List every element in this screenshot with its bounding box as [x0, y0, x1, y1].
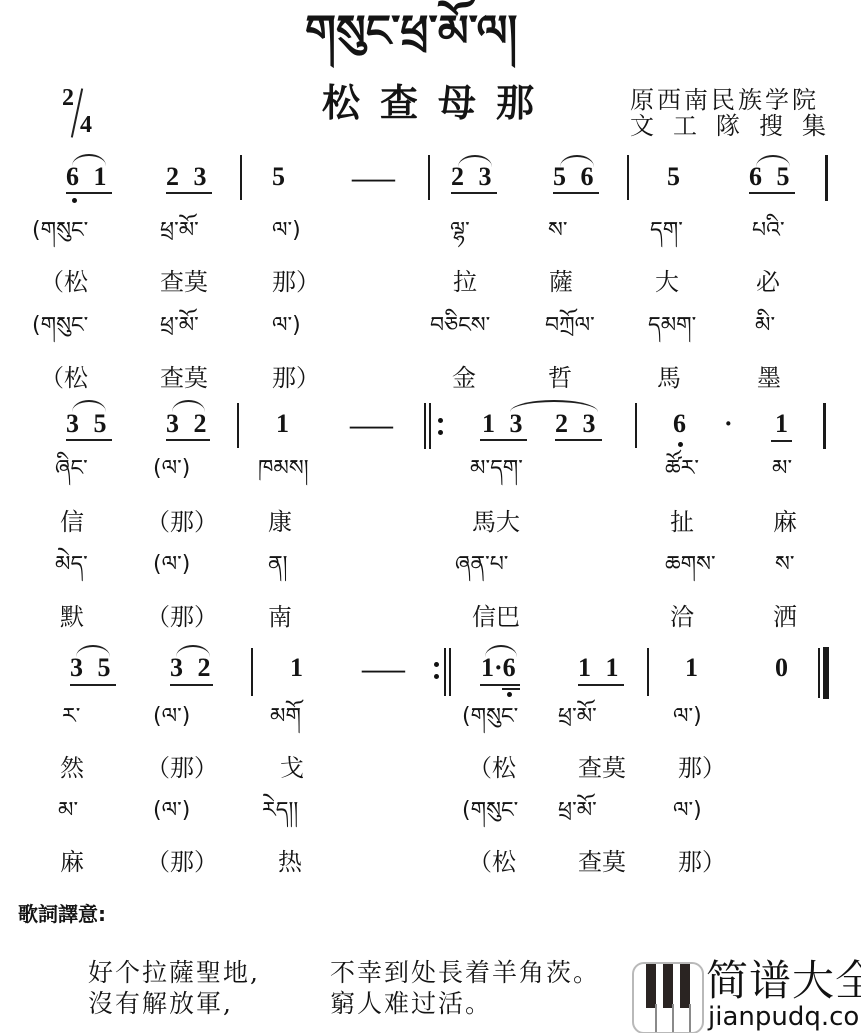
barline	[428, 155, 430, 200]
lyric-chinese: 默	[60, 605, 84, 629]
lyric-tibetan: བཅིངས་	[430, 315, 490, 337]
lyric-chinese: （松	[40, 270, 88, 294]
lyric-chinese: 大	[655, 270, 679, 294]
lyric-tibetan: (གསུང་	[32, 220, 88, 242]
note: 1	[775, 411, 792, 437]
slur	[72, 154, 106, 166]
lyric-tibetan: ར་	[62, 706, 80, 728]
low-octave-dot	[72, 198, 77, 203]
lyric-chinese: 戈	[280, 756, 304, 780]
lyric-chinese: 查莫	[578, 850, 626, 874]
augmentation-dot: ·	[724, 411, 737, 437]
beam-underline	[170, 684, 213, 686]
beam-underline	[166, 439, 210, 441]
barline	[240, 155, 242, 200]
lyric-tibetan: (གསུང་	[462, 800, 518, 822]
lyric-tibetan: ས་	[548, 220, 567, 242]
lyric-chinese: 那）	[272, 366, 320, 390]
lyric-tibetan: ན།	[268, 554, 288, 576]
lyric-chinese: 热	[278, 850, 302, 874]
lyric-tibetan: མ་	[772, 458, 792, 480]
note: 5	[272, 164, 289, 190]
barline	[825, 155, 828, 201]
piano-key-separator	[672, 1004, 674, 1033]
slur	[76, 645, 110, 657]
lyric-chinese: 查莫	[160, 270, 208, 294]
sustain-dash: —	[352, 166, 382, 192]
beam-underline	[70, 684, 116, 686]
lyric-tibetan: (གསུང་	[32, 315, 88, 337]
lyric-chinese: 薩	[549, 270, 573, 294]
note-group: 1 1	[578, 655, 623, 681]
note: 5	[667, 164, 684, 190]
repeat-dot-lower	[438, 430, 443, 435]
lyric-chinese: 扯	[670, 510, 694, 534]
lyric-tibetan: (གསུང་	[462, 706, 518, 728]
beam-underline	[480, 439, 527, 441]
repeat-barline-inner	[444, 648, 446, 696]
slur	[172, 400, 205, 412]
lyric-tibetan: ཕྲ་མོ་	[558, 800, 597, 822]
translation-line: 好个拉薩聖地,	[88, 960, 260, 985]
lyric-chinese: （那）	[146, 510, 218, 534]
lyric-tibetan: ཆགས་	[665, 554, 716, 576]
low-octave-dot	[507, 692, 512, 697]
lyric-chinese: （松	[468, 756, 516, 780]
time-signature-denominator: 4	[80, 113, 92, 137]
lyric-tibetan: ས་	[775, 554, 794, 576]
note-group: 2 3	[555, 411, 600, 437]
credit-line-1: 原西南民族学院	[630, 88, 819, 112]
lyric-chinese: （松	[40, 366, 88, 390]
barline	[635, 403, 637, 448]
beam-underline	[553, 192, 599, 194]
beam-underline	[66, 192, 112, 194]
piano-keys-icon	[632, 962, 704, 1033]
barline	[251, 648, 253, 696]
lyric-tibetan: མགོ	[270, 706, 301, 728]
piano-black-key	[646, 964, 656, 1008]
slur	[458, 155, 492, 167]
lyric-chinese: 洽	[670, 605, 694, 629]
beam-underline	[749, 192, 795, 194]
lyric-tibetan: (ལ་)	[153, 800, 190, 822]
watermark-url: jianpudq.com	[708, 1004, 861, 1030]
title-tibetan: གསུང་ཕྲ་མོ་ལ།	[305, 10, 517, 54]
sustain-dash-glyph: —	[362, 657, 412, 683]
lyric-chinese: （那）	[146, 850, 218, 874]
lyric-tibetan: (ལ་)	[153, 554, 190, 576]
sustain-dash: —	[362, 657, 392, 683]
lyric-tibetan: ཞིང་	[55, 458, 88, 480]
note-group: 3 2	[166, 411, 211, 437]
barline	[647, 648, 649, 696]
lyric-tibetan: པའི་	[752, 220, 785, 242]
rest: 0	[775, 655, 792, 681]
lyric-tibetan: ཕྲ་མོ་	[160, 220, 199, 242]
lyric-chinese: 查莫	[160, 366, 208, 390]
lyric-tibetan: མེད་	[55, 554, 88, 576]
slur-long	[510, 400, 598, 412]
slur	[72, 400, 106, 412]
lyric-chinese: （那）	[146, 756, 218, 780]
lyric-chinese: 信	[60, 510, 84, 534]
lyric-chinese: 那）	[272, 270, 320, 294]
lyric-chinese: 馬	[657, 366, 681, 390]
lyric-chinese: 那）	[678, 756, 726, 780]
lyric-tibetan: (ལ་)	[153, 706, 190, 728]
repeat-dot-lower	[434, 674, 439, 679]
sustain-dash-glyph: —	[352, 166, 402, 192]
beam-underline	[555, 439, 602, 441]
title-chinese: 松查母那	[322, 84, 554, 122]
piano-key-separator	[655, 1004, 657, 1033]
beam-underline-double	[502, 688, 520, 690]
lyric-chinese: 康	[268, 510, 292, 534]
final-barline-thin	[818, 648, 820, 698]
low-octave-dot	[678, 442, 683, 447]
beam-underline	[66, 439, 112, 441]
lyric-chinese: 哲	[548, 366, 572, 390]
lyric-tibetan: ཚོར་	[665, 458, 699, 480]
final-barline-thick	[823, 647, 829, 699]
lyric-chinese: 金	[452, 366, 476, 390]
note: 1	[276, 411, 293, 437]
beam-underline	[166, 192, 212, 194]
lyric-tibetan: ལ་)	[272, 315, 301, 337]
lyric-tibetan: ཕྲ་མོ་	[160, 315, 199, 337]
translation-heading: 歌詞譯意:	[18, 904, 106, 924]
piano-black-key	[663, 964, 673, 1008]
piano-key-separator	[689, 1004, 691, 1033]
note-group: 6 1	[66, 164, 111, 190]
lyric-chinese: 然	[60, 756, 84, 780]
barline	[627, 155, 629, 200]
lyric-chinese: 必	[756, 270, 780, 294]
slur	[560, 155, 594, 167]
lyric-chinese: 墨	[757, 366, 781, 390]
piano-black-key	[680, 964, 690, 1008]
credit-line-2: 文工隊搜集	[630, 114, 845, 138]
barline	[823, 403, 826, 449]
lyric-tibetan: མ་དག་	[470, 458, 523, 480]
lyric-chinese: 洒	[773, 605, 797, 629]
repeat-barline-outer	[424, 403, 426, 449]
repeat-barline-outer	[449, 648, 451, 696]
lyric-tibetan: མ་	[58, 800, 78, 822]
lyric-tibetan: ལ་)	[673, 800, 702, 822]
note: 6	[673, 411, 690, 437]
note-group: 2 3	[451, 164, 496, 190]
beam-underline	[578, 684, 624, 686]
slur	[756, 155, 790, 167]
lyric-chinese: 麻	[60, 850, 84, 874]
note-group: 2 3	[166, 164, 211, 190]
note-group: 1 3	[482, 411, 527, 437]
note: 1	[685, 655, 702, 681]
lyric-chinese: 拉	[453, 270, 477, 294]
lyric-chinese: 南	[268, 605, 292, 629]
lyric-tibetan: དག་	[650, 220, 683, 242]
lyric-chinese: （那）	[146, 605, 218, 629]
note-group: 6 5	[749, 164, 794, 190]
beam-underline	[771, 440, 792, 442]
time-signature-numerator: 2	[62, 86, 74, 110]
barline	[237, 403, 239, 448]
lyric-tibetan: (ལ་)	[153, 458, 190, 480]
slur	[176, 645, 210, 657]
lyric-tibetan: ཞན་པ་	[455, 554, 508, 576]
note-group: 3 5	[66, 411, 111, 437]
lyric-tibetan: བཀྲོལ་	[545, 315, 595, 337]
lyric-chinese: （松	[468, 850, 516, 874]
lyric-chinese: 那）	[678, 850, 726, 874]
lyric-tibetan: མི་	[755, 315, 775, 337]
repeat-dot-upper	[438, 418, 443, 423]
lyric-tibetan: ཕྲ་མོ་	[558, 706, 597, 728]
repeat-dot-upper	[434, 662, 439, 667]
lyric-tibetan: དམག་	[648, 315, 696, 337]
lyric-chinese: 信巴	[472, 605, 520, 629]
lyric-tibetan: ཁམས།	[258, 458, 309, 480]
watermark-site-name: 简谱大全	[706, 960, 861, 1002]
sustain-dash-glyph: —	[350, 413, 400, 439]
score-page: གསུང་ཕྲ་མོ་ལ། 松查母那 2 4 原西南民族学院 文工隊搜集 6 1…	[0, 0, 861, 1033]
note: 1	[290, 655, 307, 681]
beam-underline	[480, 684, 520, 686]
lyric-tibetan: ལ་)	[272, 220, 301, 242]
sustain-dash: —	[350, 413, 380, 439]
lyric-chinese: 查莫	[578, 756, 626, 780]
note-group: 3 2	[170, 655, 215, 681]
translation-line: 不幸到处長着羊角茨。	[330, 960, 600, 985]
lyric-tibetan: ལྷ་	[450, 220, 470, 242]
note-group: 1·6	[481, 655, 516, 681]
lyric-chinese: 馬大	[472, 510, 520, 534]
translation-line: 窮人难过活。	[330, 991, 492, 1016]
lyric-chinese: 麻	[773, 510, 797, 534]
note-group: 5 6	[553, 164, 598, 190]
translation-line: 沒有解放軍,	[88, 991, 233, 1016]
beam-underline	[451, 192, 497, 194]
note-group: 3 5	[70, 655, 115, 681]
slur	[485, 645, 517, 657]
lyric-tibetan: རེད།།	[262, 800, 298, 822]
lyric-tibetan: ལ་)	[673, 706, 702, 728]
repeat-barline-inner	[429, 403, 431, 449]
